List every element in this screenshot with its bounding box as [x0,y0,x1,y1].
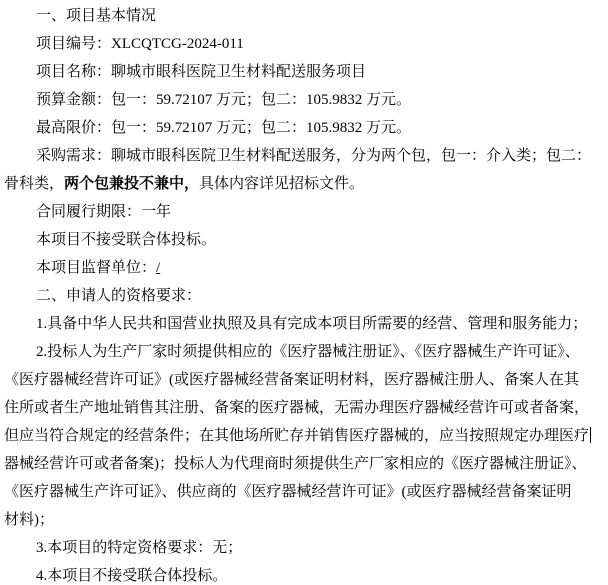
text-line: 最高限价：包一：59.72107 万元；包二：105.9832 万元。 [0,114,608,142]
text-line: 骨科类，两个包兼投不兼中，具体内容详见招标文件。 [0,170,608,198]
text-segment: 2.投标人为生产厂家时须提供相应的《医疗器械注册证》、《医疗器械生产许可证》、 [36,344,580,360]
text-line: 器械经营许可或者备案)；投标人为代理商时须提供生产厂家相应的《医疗器械注册证》、 [0,450,608,478]
text-segment: 《医疗器械生产许可证》、供应商的《医疗器械经营许可证》(或医疗器械经营备案证明 [4,484,572,500]
text-line: 二、申请人的资格要求： [0,282,608,310]
text-segment: 材料)； [4,512,54,528]
text-segment: 两个包兼投不兼中， [64,176,199,192]
text-line: 材料)； [0,506,608,534]
text-line: 合同履行期限：一年 [0,198,608,226]
text-segment: 《医疗器械经营许可证》(或医疗器械经营备案证明材料，医疗器械注册人、备案人在其 [4,372,579,388]
text-segment: 1.具备中华人民共和国营业执照及具有完成本项目所需要的经营、管理和服务能力； [36,316,587,332]
text-segment: 3.本项目的特定资格要求：无； [36,540,242,556]
text-segment: 具体内容详见招标文件。 [199,176,364,192]
text-line: 项目编号：XLCQTCG-2024-011 [0,30,608,58]
text-line: 1.具备中华人民共和国营业执照及具有完成本项目所需要的经营、管理和服务能力； [0,310,608,338]
text-segment: 一、项目基本情况 [36,8,156,24]
text-line: 预算金额：包一：59.72107 万元；包二：105.9832 万元。 [0,86,608,114]
text-segment: / [156,260,160,276]
text-segment: 采购需求：聊城市眼科医院卫生材料配送服务，分为两个包，包一：介入类；包二： [36,148,591,164]
text-segment: 合同履行期限：一年 [36,204,171,220]
text-segment: 项目编号：XLCQTCG-2024-011 [36,36,244,52]
text-segment: 器械经营许可或者备案)；投标人为代理商时须提供生产厂家相应的《医疗器械注册证》、 [4,456,587,472]
text-line: 2.投标人为生产厂家时须提供相应的《医疗器械注册证》、《医疗器械生产许可证》、 [0,338,608,366]
text-line: 本项目不接受联合体投标。 [0,226,608,254]
text-segment: 4.本项目不接受联合体投标。 [36,568,227,584]
text-segment: 骨科类， [4,176,64,192]
text-line: 《医疗器械经营许可证》(或医疗器械经营备案证明材料，医疗器械注册人、备案人在其 [0,366,608,394]
document-page: 一、项目基本情况项目编号：XLCQTCG-2024-011项目名称：聊城市眼科医… [0,0,608,585]
text-line: 采购需求：聊城市眼科医院卫生材料配送服务，分为两个包，包一：介入类；包二： [0,142,608,170]
text-cursor [590,427,591,443]
text-segment: 二、申请人的资格要求： [36,288,201,304]
text-line: 《医疗器械生产许可证》、供应商的《医疗器械经营许可证》(或医疗器械经营备案证明 [0,478,608,506]
text-segment: 本项目监督单位： [36,260,156,276]
text-line: 一、项目基本情况 [0,2,608,30]
text-line: 住所或者生产地址销售其注册、备案的医疗器械，无需办理医疗器械经营许可或者备案， [0,394,608,422]
text-segment: 预算金额：包一：59.72107 万元；包二：105.9832 万元。 [36,92,411,108]
text-line: 但应当符合规定的经营条件；在其他场所贮存并销售医疗器械的，应当按照规定办理医疗 [0,422,608,450]
text-line: 4.本项目不接受联合体投标。 [0,562,608,585]
text-segment: 项目名称：聊城市眼科医院卫生材料配送服务项目 [36,64,366,80]
text-segment: 住所或者生产地址销售其注册、备案的医疗器械，无需办理医疗器械经营许可或者备案， [4,400,589,416]
text-line: 项目名称：聊城市眼科医院卫生材料配送服务项目 [0,58,608,86]
text-segment: 本项目不接受联合体投标。 [36,232,216,248]
text-segment: 最高限价：包一：59.72107 万元；包二：105.9832 万元。 [36,120,411,136]
text-line: 3.本项目的特定资格要求：无； [0,534,608,562]
text-line: 本项目监督单位：/ [0,254,608,282]
text-segment: 但应当符合规定的经营条件；在其他场所贮存并销售医疗器械的，应当按照规定办理医疗 [4,428,589,444]
